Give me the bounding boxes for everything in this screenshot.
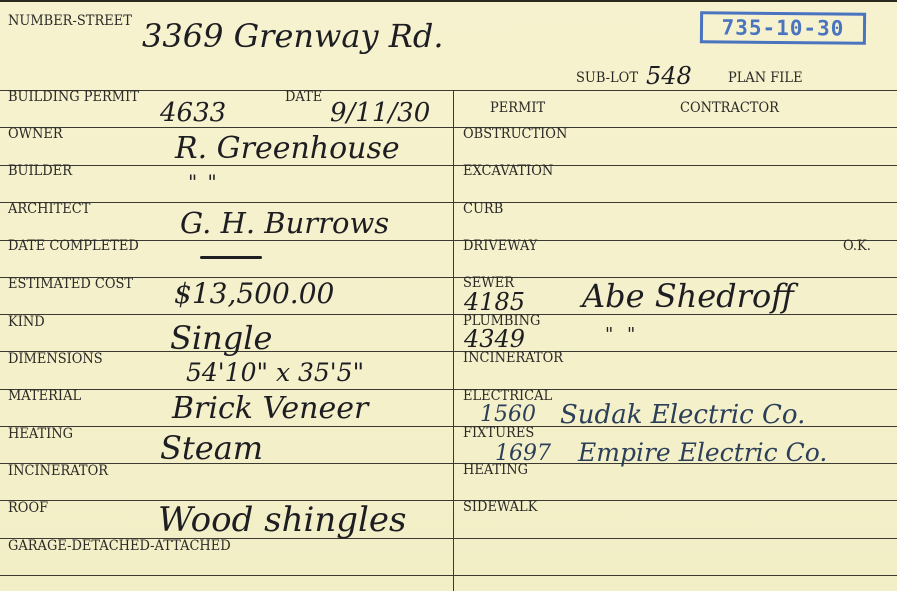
rule-line bbox=[0, 389, 897, 390]
estimated-cost-value: $13,500.00 bbox=[174, 280, 334, 308]
fixtures-permit-value: 1697 bbox=[495, 443, 551, 465]
electrical-permit-value: 1560 bbox=[480, 404, 536, 426]
kind-value: Single bbox=[170, 322, 272, 354]
builder-value: " " bbox=[188, 172, 219, 192]
rule-line bbox=[0, 500, 897, 501]
rule-line bbox=[0, 351, 897, 352]
number-street-label: NUMBER-STREET bbox=[8, 15, 132, 29]
building-permit-card: NUMBER-STREET 3369 Grenway Rd. 735-10-30… bbox=[0, 0, 897, 591]
date-completed-label: DATE COMPLETED bbox=[8, 240, 139, 254]
driveway-label: DRIVEWAY bbox=[463, 240, 537, 254]
rule-line bbox=[0, 575, 897, 576]
heating-value: Steam bbox=[160, 432, 263, 464]
sub-lot-label: SUB-LOT bbox=[576, 72, 638, 86]
file-number-stamp: 735-10-30 bbox=[700, 11, 866, 44]
incinerator-permit-label: INCINERATOR bbox=[463, 352, 563, 366]
date-completed-dash bbox=[200, 256, 262, 259]
sewer-contractor-value: Abe Shedroff bbox=[582, 280, 794, 312]
number-street-value: 3369 Grenway Rd. bbox=[142, 20, 443, 52]
dimensions-label: DIMENSIONS bbox=[8, 353, 103, 367]
column-divider bbox=[453, 90, 454, 591]
roof-value: Wood shingles bbox=[158, 503, 406, 537]
electrical-contractor-value: Sudak Electric Co. bbox=[560, 402, 805, 428]
roof-label: ROOF bbox=[8, 502, 48, 516]
owner-label: OWNER bbox=[8, 128, 63, 142]
builder-label: BUILDER bbox=[8, 165, 72, 179]
architect-label: ARCHITECT bbox=[8, 203, 90, 217]
rule-line bbox=[0, 127, 897, 128]
architect-value: G. H. Burrows bbox=[180, 209, 389, 238]
excavation-label: EXCAVATION bbox=[463, 165, 553, 179]
sidewalk-label: SIDEWALK bbox=[463, 501, 537, 515]
contractor-column-header: CONTRACTOR bbox=[680, 102, 779, 116]
kind-label: KIND bbox=[8, 316, 45, 330]
owner-value: R. Greenhouse bbox=[175, 134, 400, 164]
permit-column-header: PERMIT bbox=[490, 102, 545, 116]
garage-label: GARAGE-DETACHED-ATTACHED bbox=[8, 540, 231, 554]
material-label: MATERIAL bbox=[8, 390, 81, 404]
material-value: Brick Veneer bbox=[172, 394, 368, 424]
driveway-note: O.K. bbox=[843, 240, 871, 254]
building-permit-label: BUILDING PERMIT bbox=[8, 91, 139, 105]
date-value: 9/11/30 bbox=[330, 100, 430, 126]
date-label: DATE bbox=[285, 91, 322, 105]
plan-file-label: PLAN FILE bbox=[728, 72, 803, 86]
estimated-cost-label: ESTIMATED COST bbox=[8, 278, 133, 292]
plumbing-permit-value: 4349 bbox=[464, 327, 525, 351]
curb-label: CURB bbox=[463, 203, 503, 217]
building-permit-value: 4633 bbox=[160, 100, 226, 126]
dimensions-value: 54'10" x 35'5" bbox=[186, 360, 364, 385]
fixtures-label: FIXTURES bbox=[463, 427, 534, 441]
fixtures-contractor-value: Empire Electric Co. bbox=[578, 440, 827, 465]
incinerator-label: INCINERATOR bbox=[8, 465, 108, 479]
sewer-permit-value: 4185 bbox=[464, 290, 525, 314]
rule-line bbox=[0, 165, 897, 166]
rule-line bbox=[0, 202, 897, 203]
obstruction-label: OBSTRUCTION bbox=[463, 128, 567, 142]
plumbing-contractor-value: " " bbox=[605, 326, 639, 344]
heating-label: HEATING bbox=[8, 428, 73, 442]
sub-lot-value: 548 bbox=[646, 64, 692, 88]
